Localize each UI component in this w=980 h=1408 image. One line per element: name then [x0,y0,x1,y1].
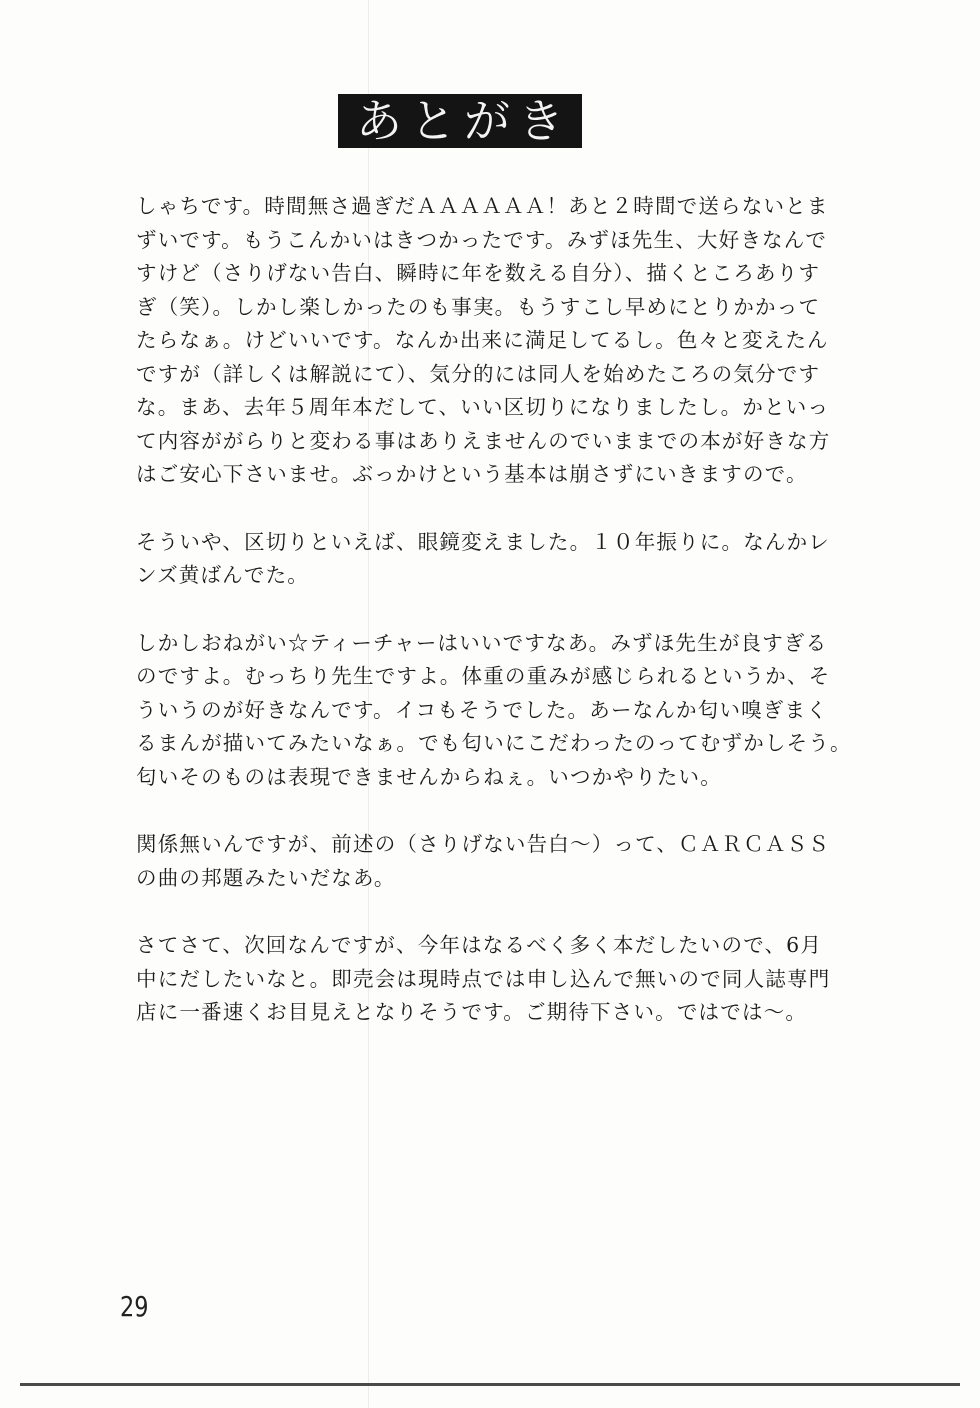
text-line: さてさて、次回なんですが、今年はなるべく多く本だしたいので、6月 [136,929,816,963]
text-line: ずいです。もうこんかいはきつかったです。みずほ先生、大好きなんで [136,224,816,258]
text-line: のですよ。むっちり先生ですよ。体重の重みが感じられるというか、そ [136,660,816,694]
text-line: の曲の邦題みたいだなあ。 [136,862,816,896]
paragraph-1: しゃちです。時間無さ過ぎだＡＡＡＡＡＡ！あと２時間で送らないとま ずいです。もう… [136,190,816,492]
text-line: ういうのが好きなんです。イコもそうでした。あーなんか匂い嗅ぎまく [136,694,816,728]
page-number: 29 [120,1290,149,1323]
text-line: 匂いそのものは表現できませんからねぇ。いつかやりたい。 [136,761,816,795]
text-line: 中にだしたいなと。即売会は現時点では申し込んで無いので同人誌専門 [136,963,816,997]
text-line: て内容ががらりと変わる事はありえませんのでいままでの本が好きな方 [136,425,816,459]
page-title: あとがき [356,94,572,148]
afterword-body: しゃちです。時間無さ過ぎだＡＡＡＡＡＡ！あと２時間で送らないとま ずいです。もう… [136,190,816,1064]
bottom-rule-divider [20,1383,960,1386]
text-line: たらなぁ。けどいいです。なんか出来に満足してるし。色々と変えたん [136,324,816,358]
text-line: そういや、区切りといえば、眼鏡変えました。１０年振りに。なんかレ [136,526,816,560]
text-line: な。まあ、去年５周年本だして、いい区切りになりましたし。かといっ [136,391,816,425]
title-banner: あとがき [338,94,582,148]
paragraph-4: 関係無いんですが、前述の（さりげない告白〜）って、ＣＡＲＣＡＳＳ の曲の邦題みた… [136,828,816,895]
text-line: 店に一番速くお目見えとなりそうです。ご期待下さい。ではでは〜。 [136,996,816,1030]
paragraph-3: しかしおねがい☆ティーチャーはいいですなあ。みずほ先生が良すぎる のですよ。むっ… [136,627,816,795]
paragraph-5: さてさて、次回なんですが、今年はなるべく多く本だしたいので、6月 中にだしたいな… [136,929,816,1030]
text-line: るまんが描いてみたいなぁ。でも匂いにこだわったのってむずかしそう。 [136,727,816,761]
text-line: しゃちです。時間無さ過ぎだＡＡＡＡＡＡ！あと２時間で送らないとま [136,190,816,224]
paragraph-2: そういや、区切りといえば、眼鏡変えました。１０年振りに。なんかレ ンズ黄ばんでた… [136,526,816,593]
text-line: ですが（詳しくは解説にて）、気分的には同人を始めたころの気分です [136,358,816,392]
text-line: ぎ（笑）。しかし楽しかったのも事実。もうすこし早めにとりかかって [136,291,816,325]
text-line: しかしおねがい☆ティーチャーはいいですなあ。みずほ先生が良すぎる [136,627,816,661]
text-line: 関係無いんですが、前述の（さりげない告白〜）って、ＣＡＲＣＡＳＳ [136,828,816,862]
text-line: すけど（さりげない告白、瞬時に年を数える自分）、描くところありす [136,257,816,291]
text-line: ンズ黄ばんでた。 [136,559,816,593]
text-line: はご安心下さいませ。ぶっかけという基本は崩さずにいきますので。 [136,458,816,492]
